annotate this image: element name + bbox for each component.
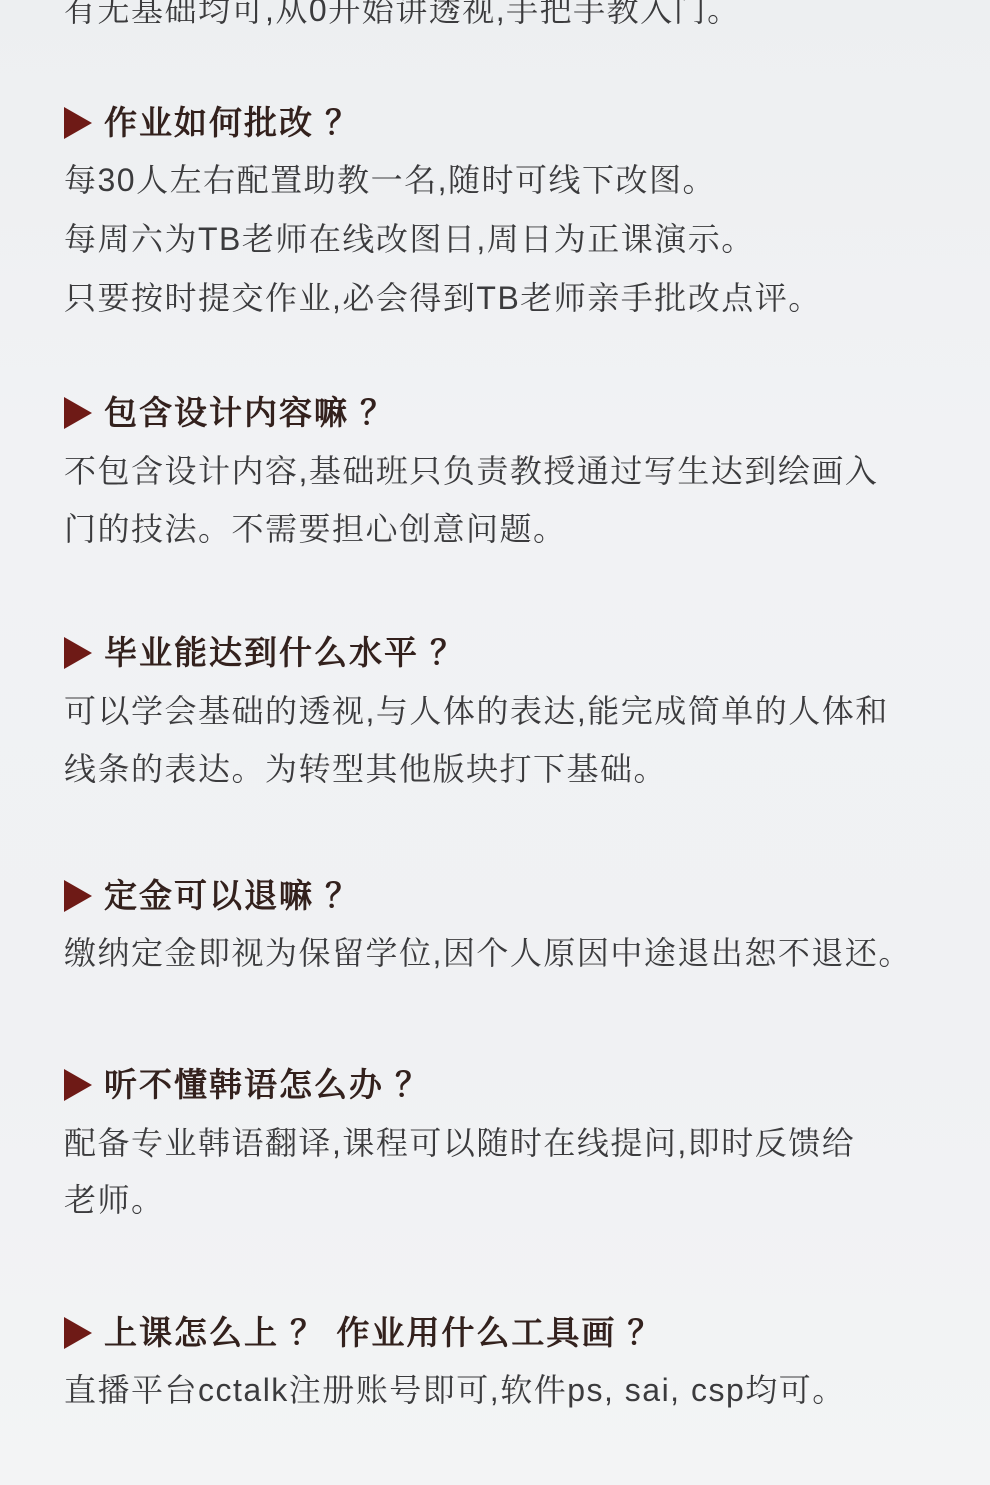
question-text: 包含设计内容嘛 ？ <box>104 396 395 429</box>
faq-question-1: 作业如何批改 ？ <box>64 106 360 139</box>
question-arrow-icon <box>64 1069 92 1101</box>
faq-question-4: 定金可以退嘛 ？ <box>64 879 360 912</box>
answer-line: 直播平台cctalk注册账号即可,软件ps, sai, csp均可。 <box>64 1374 846 1406</box>
faq-page: 有无基础均可,从0开始讲透视,手把手教入门。 作业如何批改 ？ 每30人左右配置… <box>0 0 990 1485</box>
question-text: 作业如何批改 ？ <box>104 106 360 139</box>
question-text: 定金可以退嘛 ？ <box>104 879 360 912</box>
answer-line: 缴纳定金即视为保留学位,因个人原因中途退出恕不退还。 <box>64 937 912 969</box>
question-text: 毕业能达到什么水平 ？ <box>104 636 465 669</box>
faq-question-6: 上课怎么上 ？ 作业用什么工具画 ？ <box>64 1316 663 1349</box>
question-arrow-icon <box>64 637 92 669</box>
answer-line: 每30人左右配置助教一名,随时可线下改图。 <box>64 164 716 196</box>
question-arrow-icon <box>64 1317 92 1349</box>
question-arrow-icon <box>64 107 92 139</box>
answer-line: 不包含设计内容,基础班只负责教授通过写生达到绘画入 <box>64 455 878 487</box>
intro-line: 有无基础均可,从0开始讲透视,手把手教入门。 <box>64 0 741 26</box>
answer-line: 每周六为TB老师在线改图日,周日为正课演示。 <box>64 223 755 255</box>
faq-question-3: 毕业能达到什么水平 ？ <box>64 636 465 669</box>
answer-line: 只要按时提交作业,必会得到TB老师亲手批改点评。 <box>64 282 822 314</box>
answer-line: 老师。 <box>64 1184 165 1216</box>
question-text: 上课怎么上 ？ 作业用什么工具画 ？ <box>104 1316 663 1349</box>
question-arrow-icon <box>64 880 92 912</box>
answer-line: 配备专业韩语翻译,课程可以随时在线提问,即时反馈给 <box>64 1127 855 1159</box>
faq-question-2: 包含设计内容嘛 ？ <box>64 396 395 429</box>
answer-line: 可以学会基础的透视,与人体的表达,能完成简单的人体和 <box>64 695 889 727</box>
question-arrow-icon <box>64 397 92 429</box>
answer-line: 线条的表达。为转型其他版块打下基础。 <box>64 753 667 785</box>
answer-line: 门的技法。不需要担心创意问题。 <box>64 513 567 545</box>
question-text: 听不懂韩语怎么办 ？ <box>104 1068 430 1101</box>
faq-question-5: 听不懂韩语怎么办 ？ <box>64 1068 430 1101</box>
